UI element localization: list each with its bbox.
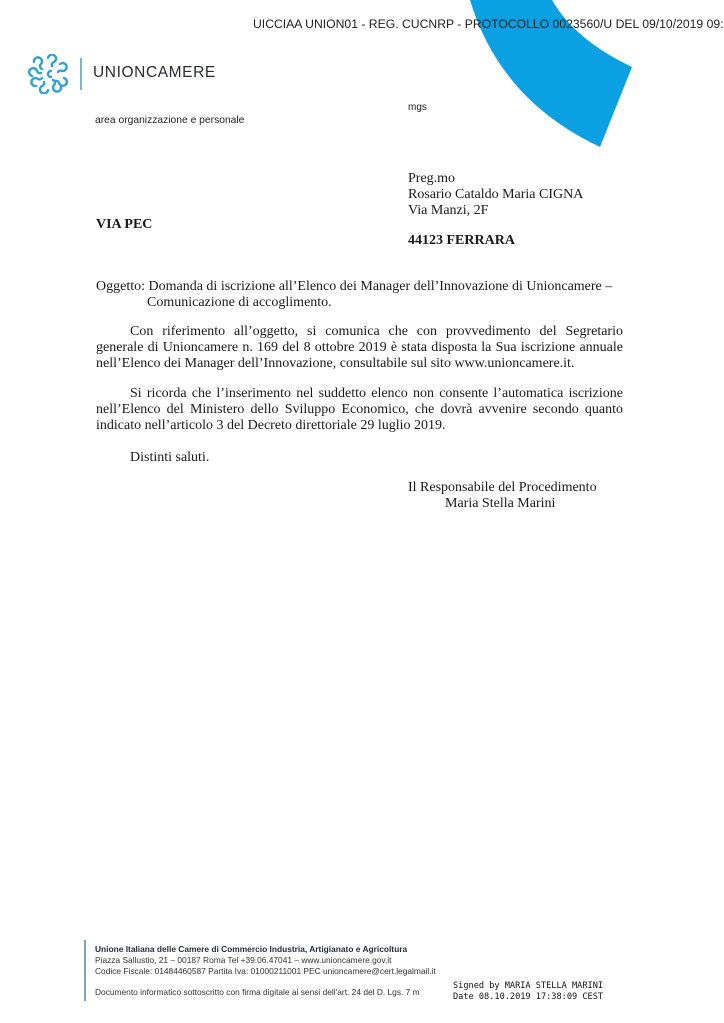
- footer-separator: [84, 940, 86, 1001]
- department-label: area organizzazione e personale: [95, 115, 244, 126]
- paragraph-1: Con riferimento all’oggetto, si comunica…: [96, 324, 623, 372]
- recipient-salutation: Preg.mo: [408, 171, 583, 187]
- footer-org-name: Unione Italiana delle Camere di Commerci…: [95, 944, 407, 954]
- digital-signature-stamp: Signed by MARIA STELLA MARINI Date 08.10…: [453, 981, 603, 1003]
- footer-address: Piazza Sallustio, 21 – 00187 Roma Tel +3…: [95, 955, 392, 965]
- subject-line-1: Domanda di iscrizione all’Elenco dei Man…: [149, 279, 613, 294]
- unioncamere-logo-icon: [28, 54, 70, 94]
- subject: Oggetto: Domanda di iscrizione all’Elenc…: [96, 279, 623, 311]
- closing: Distinti saluti.: [130, 450, 209, 466]
- recipient-street: Via Manzi, 2F: [408, 203, 583, 219]
- subject-line-2: Comunicazione di accoglimento.: [96, 295, 623, 311]
- author-initials: mgs: [408, 102, 427, 113]
- brand-name: UNIONCAMERE: [93, 64, 216, 82]
- delivery-method: VIA PEC: [96, 217, 152, 233]
- footer-fiscal: Codice Fiscale: 01484460587 Partita Iva:…: [95, 966, 436, 976]
- recipient-city: 44123 FERRARA: [408, 233, 515, 249]
- logo-separator: [80, 58, 82, 90]
- recipient-address: Preg.mo Rosario Cataldo Maria CIGNA Via …: [408, 171, 583, 219]
- protocol-stamp: UICCIAA UNION01 - REG. CUCNRP - PROTOCOL…: [253, 17, 724, 31]
- subject-label: Oggetto:: [96, 279, 145, 294]
- signature-date: Date 08.10.2019 17:38:09 CEST: [453, 992, 603, 1003]
- signatory-name: Maria Stella Marini: [445, 496, 555, 512]
- signed-by: Signed by MARIA STELLA MARINI: [453, 981, 603, 992]
- paragraph-2: Si ricorda che l’inserimento nel suddett…: [96, 386, 623, 434]
- signatory-role: Il Responsabile del Procedimento: [408, 480, 597, 496]
- footer-signature-note: Documento informatico sottoscritto con f…: [95, 987, 420, 997]
- recipient-name: Rosario Cataldo Maria CIGNA: [408, 187, 583, 203]
